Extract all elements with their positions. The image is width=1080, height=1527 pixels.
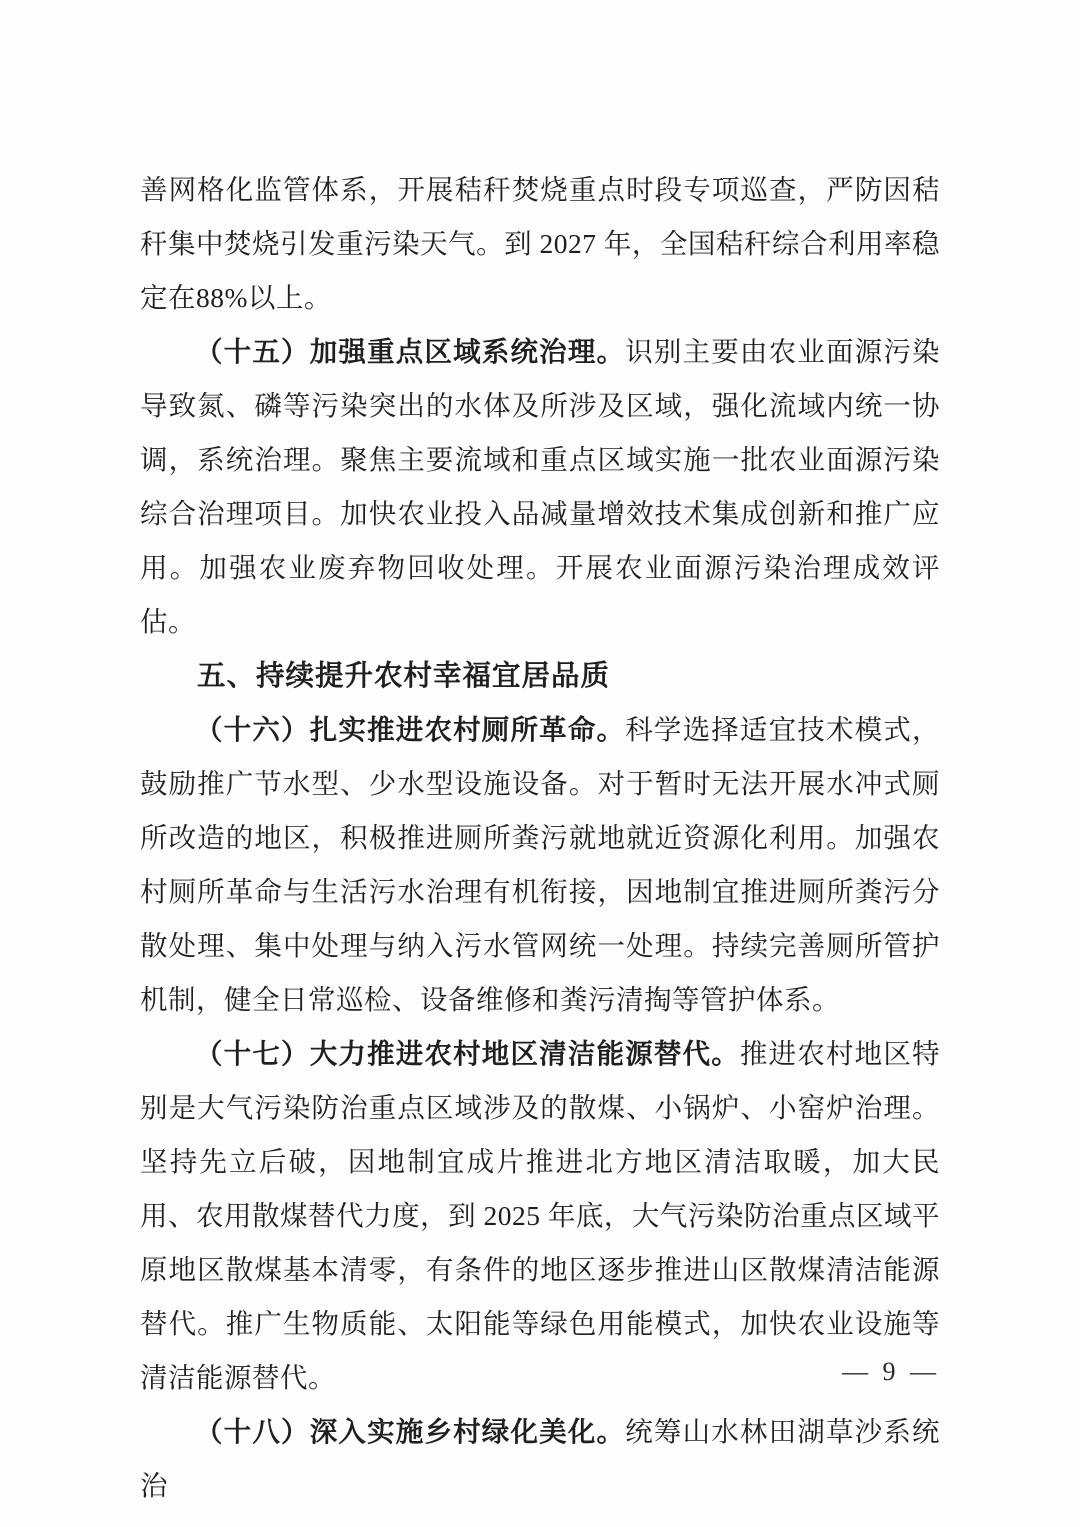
paragraph-continuation: 善网格化监管体系，开展秸秆焚烧重点时段专项巡查，严防因秸秆集中焚烧引发重污染天气… xyxy=(140,163,940,325)
document-body: 善网格化监管体系，开展秸秆焚烧重点时段专项巡查，严防因秸秆集中焚烧引发重污染天气… xyxy=(140,163,940,1513)
chapter-5-heading: 五、持续提升农村幸福宜居品质 xyxy=(140,649,940,703)
section-16-paragraph: （十六）扎实推进农村厕所革命。科学选择适宜技术模式，鼓励推广节水型、少水型设施设… xyxy=(140,703,940,1027)
section-16-text: 科学选择适宜技术模式，鼓励推广节水型、少水型设施设备。对于暂时无法开展水冲式厕所… xyxy=(140,714,940,1015)
section-15-text: 识别主要由农业面源污染导致氮、磷等污染突出的水体及所涉及区域，强化流域内统一协调… xyxy=(140,336,940,637)
section-18-paragraph: （十八）深入实施乡村绿化美化。统筹山水林田湖草沙系统治 xyxy=(140,1405,940,1513)
section-17-title: （十七）大力推进农村地区清洁能源替代。 xyxy=(195,1038,740,1069)
section-17-paragraph: （十七）大力推进农村地区清洁能源替代。推进农村地区特别是大气污染防治重点区域涉及… xyxy=(140,1027,940,1405)
section-16-title: （十六）扎实推进农村厕所革命。 xyxy=(195,714,625,745)
section-15-paragraph: （十五）加强重点区域系统治理。识别主要由农业面源污染导致氮、磷等污染突出的水体及… xyxy=(140,325,940,649)
section-18-title: （十八）深入实施乡村绿化美化。 xyxy=(195,1416,625,1447)
section-17-text: 推进农村地区特别是大气污染防治重点区域涉及的散煤、小锅炉、小窑炉治理。坚持先立后… xyxy=(140,1038,940,1393)
section-15-title: （十五）加强重点区域系统治理。 xyxy=(195,336,625,367)
page-number: — 9 — xyxy=(842,1356,940,1388)
paragraph-text: 善网格化监管体系，开展秸秆焚烧重点时段专项巡查，严防因秸秆集中焚烧引发重污染天气… xyxy=(140,174,940,313)
document-page: 善网格化监管体系，开展秸秆焚烧重点时段专项巡查，严防因秸秆集中焚烧引发重污染天气… xyxy=(0,0,1080,1527)
